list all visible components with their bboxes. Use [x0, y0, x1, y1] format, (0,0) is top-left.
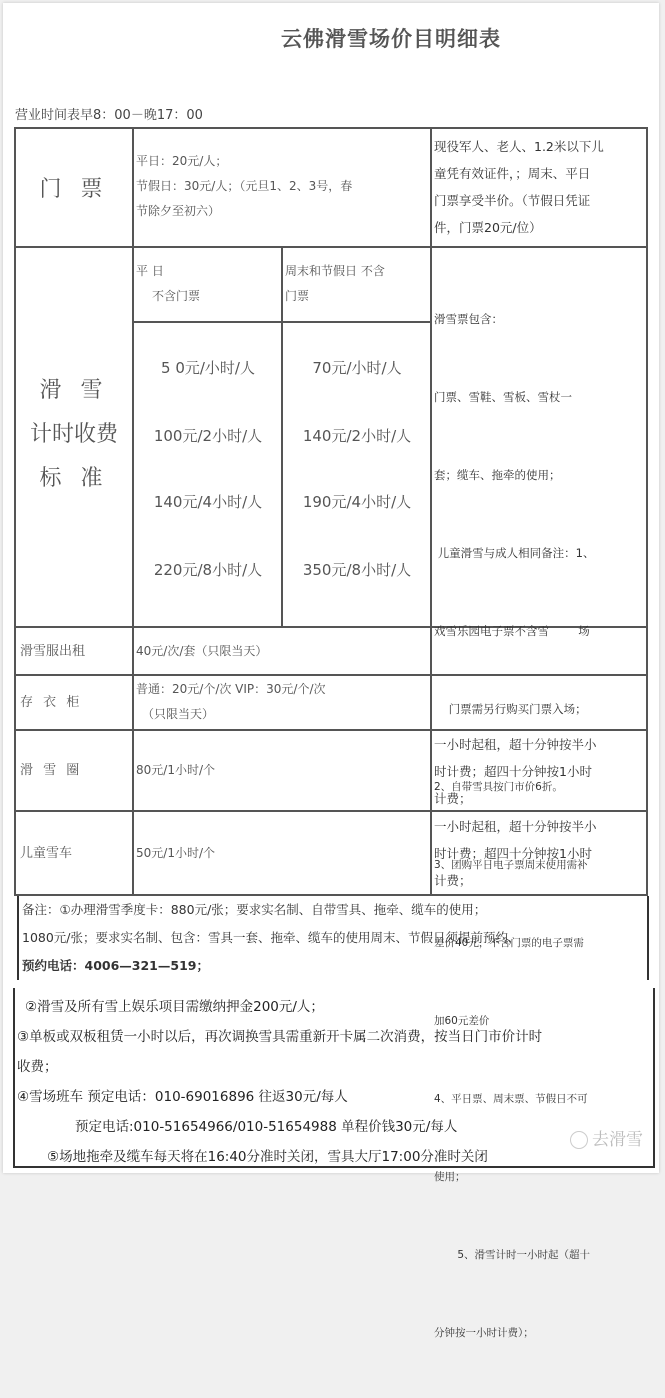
ski-fee-label: 滑 雪 计时收费 标 准 — [16, 369, 132, 501]
weekend-header: 周末和节假日 不含 门票 — [285, 259, 429, 309]
remark-line: 预约电话：4006—321—519； — [22, 952, 647, 980]
remark-line: 1080元/张；要求实名制、包含：雪具一套、拖牵、缆车的使用周末、节假日须提前预… — [22, 924, 647, 952]
note-line: 儿童滑雪与成人相同备注：1、 — [434, 540, 648, 566]
snow-tube-label: 滑 雪 圈 — [20, 731, 132, 810]
suit-rental-price: 40元/次/套（只限当天） — [136, 629, 428, 674]
price-line: （只限当天） — [136, 702, 428, 727]
price-4h: 140元/4小时/人 — [134, 491, 282, 559]
ticket-price-line: 节除夕至初六） — [136, 199, 428, 224]
price-2h: 100元/2小时/人 — [134, 425, 282, 491]
watermark-text: 去滑雪 — [592, 1125, 643, 1155]
remark-line: 收费； — [15, 1052, 653, 1082]
header-line: 平 日 — [136, 259, 280, 284]
price-sheet-page: 云佛滑雪场价目明细表 营业时间表早8：00－晚17：00 门 票 平日：20元/… — [3, 3, 659, 1173]
remarks-part-1: 备注：①办理滑雪季度卡：880元/张；要求实名制、自带雪具、拖牵、缆车的使用； … — [17, 896, 649, 980]
ticket-label: 门 票 — [16, 129, 132, 246]
price-8h: 350元/8小时/人 — [283, 559, 431, 580]
remark-line: 预定电话:010-51654966/010-51654988 单程价钱30元/每… — [15, 1112, 653, 1142]
note-line: 现役军人、老人、1.2米以下儿 — [434, 133, 648, 160]
snow-tube-price: 80元/1小时/个 — [136, 731, 428, 810]
weekend-prices: 70元/小时/人 140元/2小时/人 190元/4小时/人 350元/8小时/… — [283, 357, 431, 580]
price-table: 门 票 平日：20元/人； 节假日：30元/人；（元旦1、2、3号，春 节除夕至… — [14, 127, 648, 896]
note-line: 套；缆车、拖牵的使用； — [434, 462, 648, 488]
price-8h: 220元/8小时/人 — [134, 559, 282, 580]
locker-label: 存 衣 柜 — [20, 676, 132, 729]
remark-line: 备注：①办理滑雪季度卡：880元/张；要求实名制、自带雪具、拖牵、缆车的使用； — [22, 896, 647, 924]
page-title: 云佛滑雪场价目明细表 — [3, 23, 659, 53]
label-line: 滑 雪 — [16, 369, 132, 413]
wechat-icon — [570, 1131, 588, 1149]
remarks-part-2: ②滑雪及所有雪上娱乐项目需缴纳押金200元/人； ③单板或双板租赁一小时以后，再… — [13, 988, 655, 1168]
note-line: 计费； — [434, 867, 648, 894]
price-1h: 70元/小时/人 — [283, 357, 431, 425]
kids-sled-note: 一小时起租，超十分钟按半小 时计费；超四十分钟按1小时 计费； — [434, 813, 648, 894]
remark-line: ④雪场班车 预定电话：010-69016896 往返30元/每人 — [15, 1082, 653, 1112]
watermark: 去滑雪 — [570, 1125, 643, 1155]
note-line: 戏雪乐园电子票不含雪 场 — [434, 618, 648, 644]
business-hours: 营业时间表早8：00－晚17：00 — [15, 104, 203, 123]
note-line: 件，门票20元/位） — [434, 214, 648, 241]
note-line: 时计费；超四十分钟按1小时 — [434, 840, 648, 867]
ticket-discount-note: 现役军人、老人、1.2米以下儿 童凭有效证件，；周末、平日 门票享受半价。（节假… — [434, 133, 648, 241]
remark-line: ③单板或双板租赁一小时以后，再次调换雪具需重新开卡属二次消费，按当日门市价计时 — [15, 1022, 653, 1052]
ticket-prices: 平日：20元/人； 节假日：30元/人；（元旦1、2、3号，春 节除夕至初六） — [136, 149, 428, 224]
note-line: 一小时起租，超十分钟按半小 — [434, 731, 648, 758]
header-line: 不含门票 — [136, 284, 280, 309]
note-line: 时计费；超四十分钟按1小时 — [434, 758, 648, 785]
locker-prices: 普通：20元/个/次 VIP：30元/个/次 （只限当天） — [136, 677, 428, 727]
ticket-price-line: 平日：20元/人； — [136, 149, 428, 174]
note-line: 滑雪票包含： — [434, 306, 648, 332]
remark-line: ②滑雪及所有雪上娱乐项目需缴纳押金200元/人； — [15, 992, 653, 1022]
snow-tube-note: 一小时起租，超十分钟按半小 时计费；超四十分钟按1小时 计费； — [434, 731, 648, 812]
price-1h: 5 0元/小时/人 — [134, 357, 282, 425]
header-line: 周末和节假日 不含 — [285, 259, 429, 284]
note-line: 计费； — [434, 785, 648, 812]
price-line: 普通：20元/个/次 VIP：30元/个/次 — [136, 677, 428, 702]
ski-header-divider — [132, 321, 432, 323]
remark-line: ⑤场地拖牵及缆车每天将在16:40分准时关闭，雪具大厅17:00分准时关闭 — [15, 1142, 567, 1172]
weekday-header: 平 日 不含门票 — [136, 259, 280, 309]
note-line: 一小时起租，超十分钟按半小 — [434, 813, 648, 840]
price-4h: 190元/4小时/人 — [283, 491, 431, 559]
kids-sled-price: 50元/1小时/个 — [136, 812, 428, 894]
suit-rental-label: 滑雪服出租 — [20, 629, 132, 674]
ticket-price-line: 节假日：30元/人；（元旦1、2、3号，春 — [136, 174, 428, 199]
price-2h: 140元/2小时/人 — [283, 425, 431, 491]
label-line: 标 准 — [16, 457, 132, 501]
note-line: 门票需另行购买门票入场； — [434, 696, 648, 722]
kids-sled-label: 儿童雪车 — [20, 812, 132, 894]
row-divider — [16, 246, 646, 248]
note-line: 门票、雪鞋、雪板、雪杖一 — [434, 384, 648, 410]
header-line: 门票 — [285, 284, 429, 309]
note-line: 门票享受半价。（节假日凭证 — [434, 187, 648, 214]
label-line: 计时收费 — [16, 413, 132, 457]
weekday-prices: 5 0元/小时/人 100元/2小时/人 140元/4小时/人 220元/8小时… — [134, 357, 282, 580]
note-line: 童凭有效证件，；周末、平日 — [434, 160, 648, 187]
